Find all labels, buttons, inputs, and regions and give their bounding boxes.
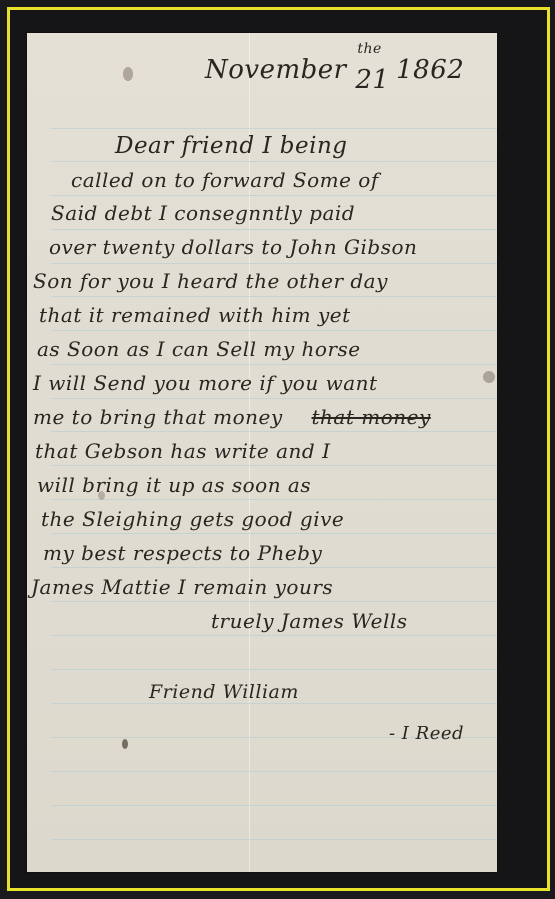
letter-line: Son for you I heard the other day xyxy=(33,269,388,293)
letter-line: James Mattie I remain yours xyxy=(31,575,333,599)
letter-line: Said debt I consegnntly paid xyxy=(51,201,355,225)
letter-line: as Soon as I can Sell my horse xyxy=(37,337,361,361)
letter-line: Dear friend I being xyxy=(115,133,348,159)
ruled-line xyxy=(51,635,497,636)
ruled-line xyxy=(51,431,497,432)
ruled-line xyxy=(51,601,497,602)
ruled-line xyxy=(51,465,497,466)
ink-smudge xyxy=(483,371,495,383)
struck-through-text: that money xyxy=(312,405,431,429)
ruled-line xyxy=(51,703,497,704)
letter-line: the Sleighing gets good give xyxy=(41,507,344,531)
date-year: 1862 xyxy=(396,55,464,85)
ruled-line xyxy=(51,128,497,129)
ruled-line xyxy=(51,364,497,365)
ruled-line xyxy=(51,805,497,806)
letter-date: November the 21 1862 xyxy=(205,55,464,85)
ruled-line xyxy=(51,296,497,297)
ruled-line xyxy=(51,499,497,500)
letter-line: will bring it up as soon as xyxy=(37,473,311,497)
letter-line: called on to forward Some of xyxy=(71,168,379,192)
letter-signature: truely James Wells xyxy=(211,609,408,633)
ruled-line xyxy=(51,161,497,162)
ruled-line xyxy=(51,669,497,670)
letter-line: that it remained with him yet xyxy=(39,303,351,327)
postscript-initials: - I Reed xyxy=(389,723,464,744)
ruled-line xyxy=(51,398,497,399)
ruled-line xyxy=(51,839,497,840)
letter-paper: November the 21 1862 Dear friend I being… xyxy=(27,33,497,872)
postscript-greeting: Friend William xyxy=(149,681,299,703)
letter-line-text: me to bring that money xyxy=(33,405,283,429)
date-day: 21 xyxy=(355,65,389,95)
ruled-line xyxy=(51,263,497,264)
ruled-line xyxy=(51,533,497,534)
letter-line: my best respects to Pheby xyxy=(43,541,322,565)
ruled-line xyxy=(51,330,497,331)
ink-blot xyxy=(122,739,128,749)
letter-line: I will Send you more if you want xyxy=(33,371,378,395)
letter-line: that Gebson has write and I xyxy=(35,439,331,463)
letter-line: me to bring that money that money xyxy=(33,405,431,429)
ruled-line xyxy=(51,771,497,772)
ruled-line xyxy=(51,195,497,196)
ruled-line xyxy=(51,567,497,568)
document-frame: November the 21 1862 Dear friend I being… xyxy=(0,0,555,899)
date-month: November xyxy=(205,55,347,85)
letter-line: over twenty dollars to John Gibson xyxy=(49,235,417,259)
ink-smudge xyxy=(123,67,133,81)
date-day-suffix: the xyxy=(357,41,381,57)
ruled-line xyxy=(51,229,497,230)
